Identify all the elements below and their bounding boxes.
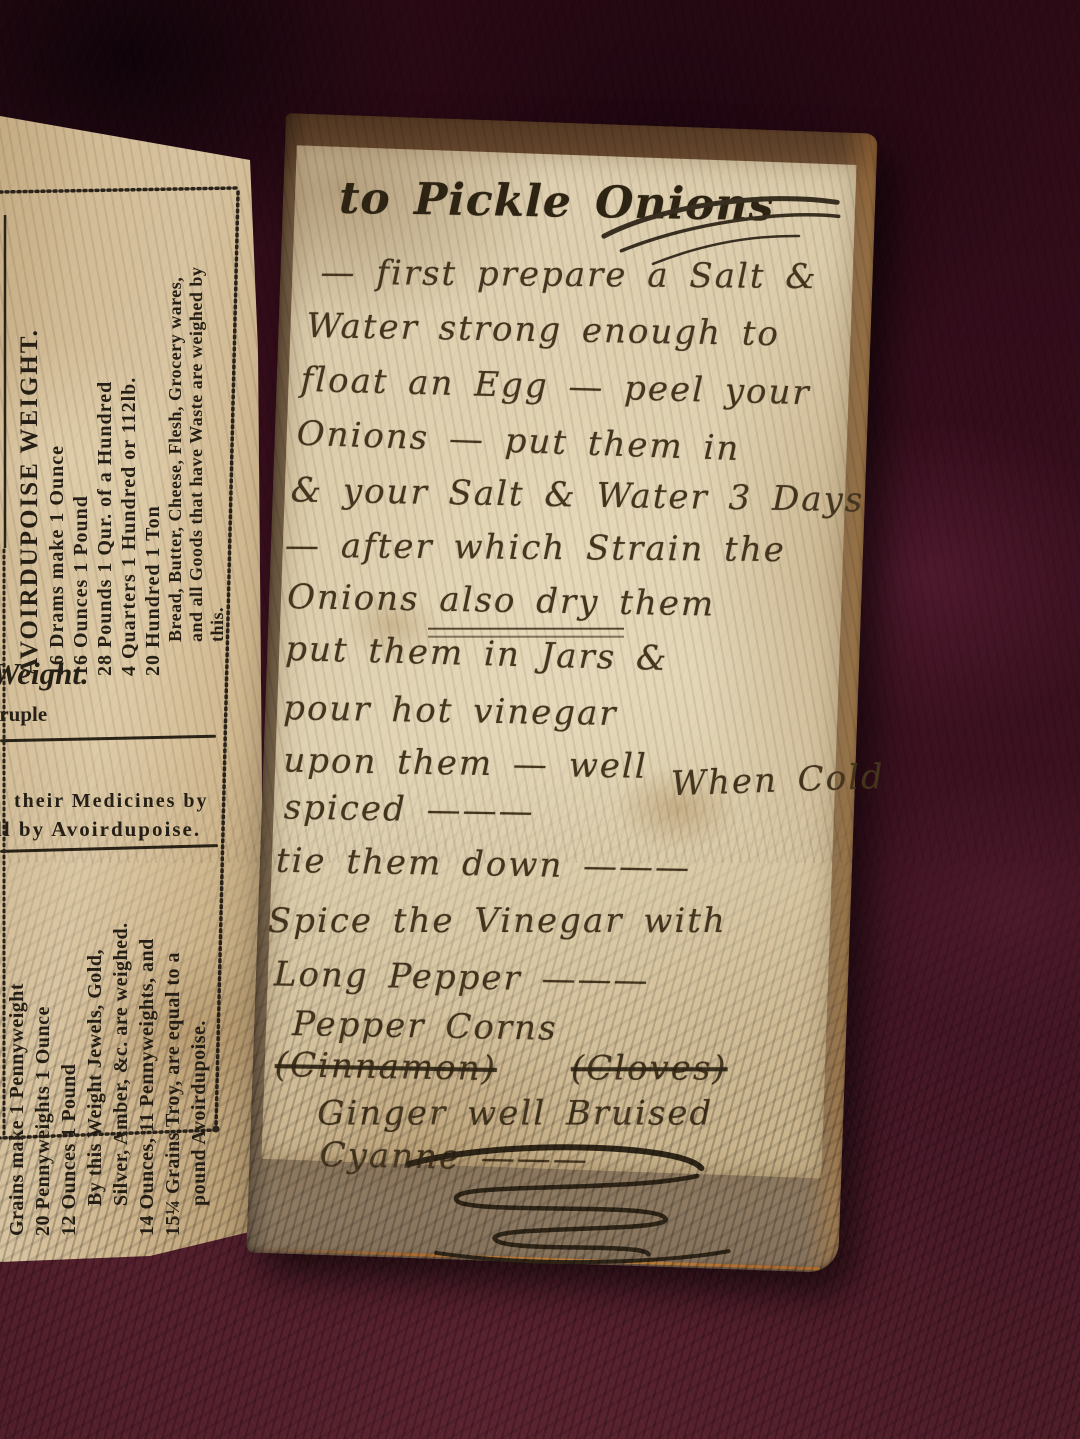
- manuscript-line: pour hot vinegar: [283, 688, 618, 734]
- manuscript-line: float an Egg — peel your: [300, 360, 811, 413]
- book-cover: to Pickle Onions — first prepare a Salt …: [246, 113, 877, 1273]
- manuscript-line: spiced ———: [283, 788, 534, 832]
- manuscript-line: upon them — well: [283, 740, 648, 786]
- manuscript-line: tie them down ———: [276, 841, 692, 888]
- manuscript-line: When Cold: [670, 757, 885, 804]
- manuscript-line: Ginger well Bruised: [317, 1094, 713, 1134]
- manuscript-line-struck: (Cinnamon): [274, 1045, 497, 1089]
- manuscript-line-struck: (Cloves): [571, 1048, 728, 1088]
- manuscript-line: & your Salt & Water 3 Days: [291, 470, 865, 520]
- manuscript-line: — first prepare a Salt &: [320, 253, 817, 297]
- manuscript-line: Onions also dry them: [287, 577, 716, 624]
- manuscript-line: — after which Strain the: [285, 526, 786, 570]
- stitched-border: [0, 110, 266, 1266]
- photo-antique-recipe-book: AVOIRDUPOISE WEIGHT. 16 Drams make 1 Oun…: [0, 0, 1080, 1439]
- manuscript-line: Water strong enough to: [306, 306, 780, 354]
- manuscript-line: Pepper Corns: [292, 1004, 558, 1049]
- printed-page: AVOIRDUPOISE WEIGHT. 16 Drams make 1 Oun…: [0, 110, 266, 1266]
- ink-scribble-doodle: [376, 1139, 740, 1271]
- manuscript-line: Long Pepper ———: [274, 954, 650, 1001]
- manuscript-line: Onions — put them in: [296, 414, 741, 469]
- manuscript-page: to Pickle Onions — first prepare a Salt …: [261, 145, 856, 1178]
- manuscript-line: Spice the Vinegar with: [268, 901, 727, 941]
